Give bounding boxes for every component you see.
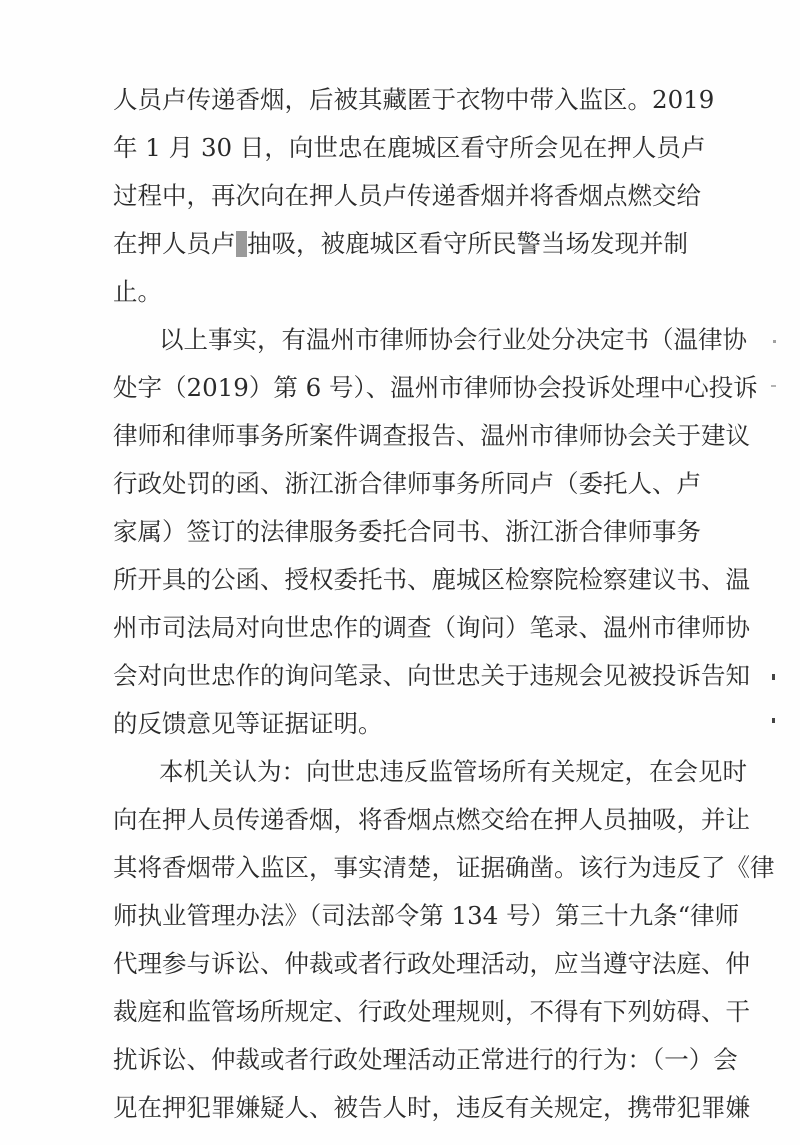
text-line: 裁庭和监管场所规定、行政处理规则，不得有下列妨碍、干 [113, 992, 688, 1032]
text-line: 本机关认为：向世忠违反监管场所有关规定，在会见时 [159, 752, 688, 792]
text-segment: 在押人员卢 [113, 224, 236, 264]
text-segment: 师执业管理办法》（司法部令第 134 号）第三十九条“律师 [113, 896, 739, 936]
text-line: 会对向世忠作的询问笔录、向世忠关于违规会见被投诉告知 [113, 656, 688, 696]
text-line: 律师和律师事务所案件调查报告、温州市律师协会关于建议 [113, 416, 688, 456]
text-line: 见在押犯罪嫌疑人、被告人时，违反有关规定，携带犯罪嫌 [113, 1088, 688, 1128]
text-segment: 本机关认为：向世忠违反监管场所有关规定，在会见时 [159, 752, 747, 792]
text-segment: 以上事实，有温州市律师协会行业处分决定书（温律协 [159, 320, 747, 360]
scan-mark [773, 340, 776, 343]
text-line: 止。 [113, 272, 688, 312]
text-segment: 处字（2019）第 6 号）、温州市律师协会投诉处理中心投诉 [113, 368, 758, 408]
text-segment: （委托人、卢 [554, 464, 701, 504]
text-segment: 州市司法局对向世忠作的调查（询问）笔录、温州市律师协 [113, 608, 750, 648]
text-segment: 年 1 月 30 日，向世忠在鹿城区看守所会见在押人员卢 [113, 128, 705, 168]
text-segment: 见在押犯罪嫌疑人、被告人时，违反有关规定，携带犯罪嫌 [113, 1088, 750, 1128]
text-segment: 所开具的公函、授权委托书、鹿城区检察院检察建议书、温 [113, 560, 750, 600]
text-line: 人员卢 传递香烟，后被其藏匿于衣物中带入监区。2019 [113, 80, 688, 120]
redaction-block [236, 231, 248, 257]
page-number: 2 [392, 1050, 399, 1066]
text-segment: 过程中，再次向在押人员卢 [113, 176, 407, 216]
text-segment: 家属）签订的法律服务委托合同书、浙江浙合律师事务 [113, 512, 701, 552]
document-page: 人员卢 传递香烟，后被其藏匿于衣物中带入监区。2019 年 1 月 30 日，向… [0, 0, 800, 1145]
text-line: 在押人员卢 抽吸，被鹿城区看守所民警当场发现并制 [113, 224, 688, 264]
text-segment: 抽吸，被鹿城区看守所民警当场发现并制 [247, 224, 688, 264]
text-segment: 其将香烟带入监区，事实清楚，证据确凿。该行为违反了《律 [113, 848, 775, 888]
text-line: 州市司法局对向世忠作的调查（询问）笔录、温州市律师协 [113, 608, 688, 648]
text-segment: 止。 [113, 272, 162, 312]
text-line: 以上事实，有温州市律师协会行业处分决定书（温律协 [159, 320, 688, 360]
scan-mark [772, 718, 775, 723]
text-line: 所开具的公函、授权委托书、鹿城区检察院检察建议书、温 [113, 560, 688, 600]
text-line: 扰诉讼、仲裁或者行政处理活动正常进行的行为：（一）会 [113, 1040, 688, 1080]
text-line: 师执业管理办法》（司法部令第 134 号）第三十九条“律师 [113, 896, 688, 936]
text-line: 其将香烟带入监区，事实清楚，证据确凿。该行为违反了《律 [113, 848, 688, 888]
text-segment: 扰诉讼、仲裁或者行政处理活动正常进行的行为：（一）会 [113, 1040, 738, 1080]
text-line: 的反馈意见等证据证明。 [113, 704, 688, 744]
text-line: 处字（2019）第 6 号）、温州市律师协会投诉处理中心投诉 [113, 368, 688, 408]
text-line: 代理参与诉讼、仲裁或者行政处理活动，应当遵守法庭、仲 [113, 944, 688, 984]
text-line: 行政处罚的函、浙江浙合律师事务所同卢 （委托人、卢 [113, 464, 688, 504]
text-segment: 向在押人员传递香烟，将香烟点燃交给在押人员抽吸，并让 [113, 800, 750, 840]
text-segment: 律师和律师事务所案件调查报告、温州市律师协会关于建议 [113, 416, 750, 456]
text-segment: 会对向世忠作的询问笔录、向世忠关于违规会见被投诉告知 [113, 656, 750, 696]
text-segment: 的反馈意见等证据证明。 [113, 704, 383, 744]
scan-mark [772, 674, 775, 680]
text-line: 过程中，再次向在押人员卢 传递香烟并将香烟点燃交给 [113, 176, 688, 216]
text-segment: 人员卢 [113, 80, 187, 120]
text-segment: 行政处罚的函、浙江浙合律师事务所同卢 [113, 464, 554, 504]
text-segment: 传递香烟并将香烟点燃交给 [407, 176, 701, 216]
text-segment: 裁庭和监管场所规定、行政处理规则，不得有下列妨碍、干 [113, 992, 750, 1032]
text-segment: 代理参与诉讼、仲裁或者行政处理活动，应当遵守法庭、仲 [113, 944, 750, 984]
text-segment: 传递香烟，后被其藏匿于衣物中带入监区。2019 [187, 80, 715, 120]
text-line: 家属）签订的法律服务委托合同书、浙江浙合律师事务 [113, 512, 688, 552]
scan-mark [771, 385, 776, 387]
text-line: 年 1 月 30 日，向世忠在鹿城区看守所会见在押人员卢 [113, 128, 688, 168]
text-line: 向在押人员传递香烟，将香烟点燃交给在押人员抽吸，并让 [113, 800, 688, 840]
